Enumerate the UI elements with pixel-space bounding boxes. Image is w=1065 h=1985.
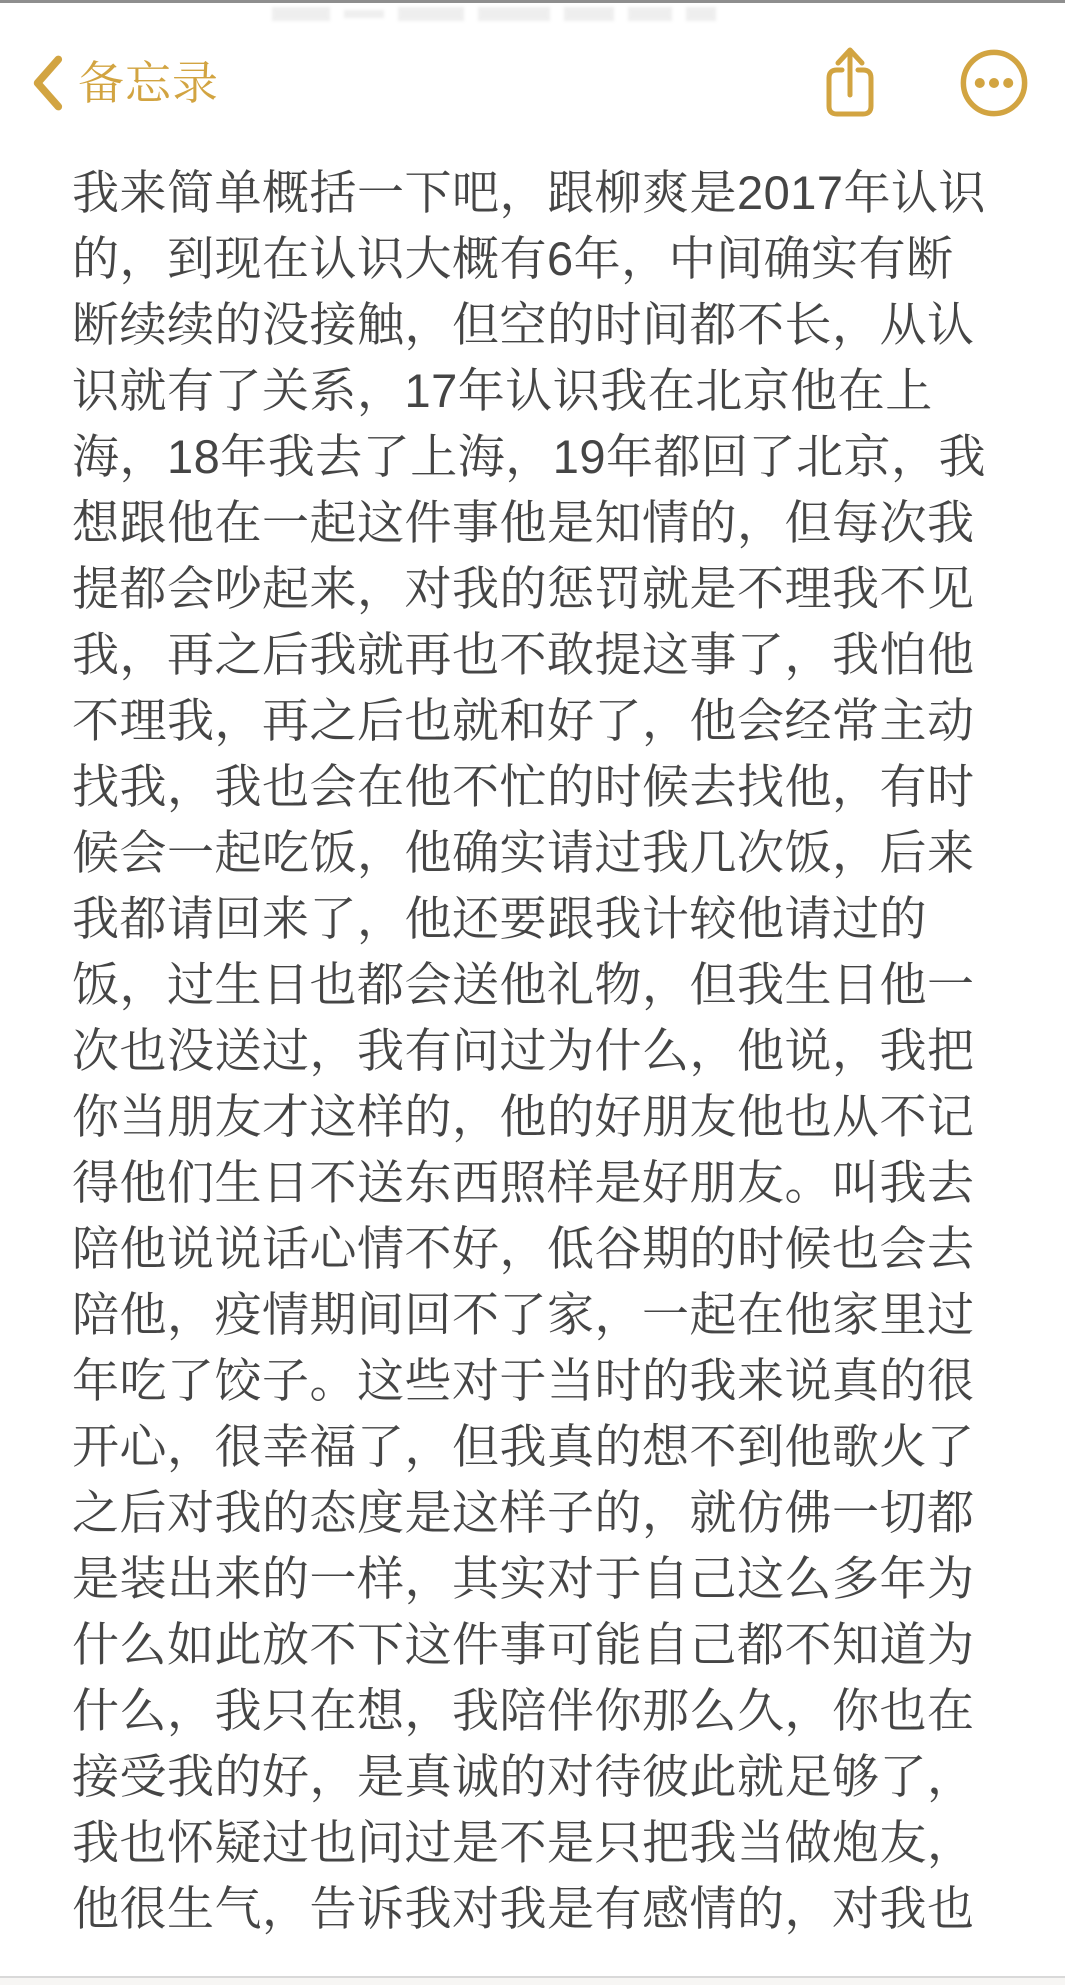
screenshot-top-edge xyxy=(0,0,1065,3)
note-line: 我，再之后我就再也不敢提这事了，我怕他 xyxy=(72,622,1012,688)
note-line: 是装出来的一样，其实对于自己这么多年为 xyxy=(72,1546,1012,1612)
back-button-label: 备忘录 xyxy=(78,60,219,106)
note-line: 断续续的没接触，但空的时间都不长，从认 xyxy=(72,292,1012,358)
note-line: 的，到现在认识大概有6年，中间确实有断 xyxy=(72,226,1012,292)
note-line: 你当朋友才这样的，他的好朋友他也从不记 xyxy=(72,1084,1012,1150)
share-button[interactable] xyxy=(819,43,881,123)
share-icon xyxy=(819,43,881,123)
note-line: 开心，很幸福了，但我真的想不到他歌火了 xyxy=(72,1414,1012,1480)
navigation-bar: 备忘录 xyxy=(0,28,1065,138)
more-button[interactable] xyxy=(959,48,1029,118)
note-line: 陪他说说话心情不好，低谷期的时候也会去 xyxy=(72,1216,1012,1282)
note-line: 识就有了关系，17年认识我在北京他在上 xyxy=(72,358,1012,424)
note-line: 得他们生日不送东西照样是好朋友。叫我去 xyxy=(72,1150,1012,1216)
note-line: 候会一起吃饭，他确实请过我几次饭，后来 xyxy=(72,820,1012,886)
note-line: 年吃了饺子。这些对于当时的我来说真的很 xyxy=(72,1348,1012,1414)
note-line: 海，18年我去了上海，19年都回了北京，我 xyxy=(72,424,1012,490)
note-line: 饭，过生日也都会送他礼物，但我生日他一 xyxy=(72,952,1012,1018)
cutoff-ghost-text xyxy=(272,7,772,29)
note-line: 我来简单概括一下吧，跟柳爽是2017年认识 xyxy=(72,160,1012,226)
note-line: 陪他，疫情期间回不了家，一起在他家里过 xyxy=(72,1282,1012,1348)
note-body[interactable]: 我来简单概括一下吧，跟柳爽是2017年认识的，到现在认识大概有6年，中间确实有断… xyxy=(72,160,1012,1942)
note-line: 想跟他在一起这件事他是知情的，但每次我 xyxy=(72,490,1012,556)
note-line: 他很生气，告诉我对我是有感情的，对我也 xyxy=(72,1876,1012,1942)
note-line: 什么如此放不下这件事可能自己都不知道为 xyxy=(72,1612,1012,1678)
back-button[interactable]: 备忘录 xyxy=(30,54,219,112)
note-line: 找我，我也会在他不忙的时候去找他，有时 xyxy=(72,754,1012,820)
note-line: 之后对我的态度是这样子的，就仿佛一切都 xyxy=(72,1480,1012,1546)
note-line: 接受我的好，是真诚的对待彼此就足够了， xyxy=(72,1744,1012,1810)
note-line: 次也没送过，我有问过为什么，他说，我把 xyxy=(72,1018,1012,1084)
note-line: 提都会吵起来，对我的惩罚就是不理我不见 xyxy=(72,556,1012,622)
ellipsis-circle-icon xyxy=(959,48,1029,118)
note-line: 什么，我只在想，我陪伴你那么久，你也在 xyxy=(72,1678,1012,1744)
note-line: 我也怀疑过也问过是不是只把我当做炮友， xyxy=(72,1810,1012,1876)
chevron-left-icon xyxy=(30,54,64,112)
below-screenshot-strip xyxy=(0,1978,1065,1985)
note-line: 不理我，再之后也就和好了，他会经常主动 xyxy=(72,688,1012,754)
note-line: 我都请回来了，他还要跟我计较他请过的 xyxy=(72,886,1012,952)
